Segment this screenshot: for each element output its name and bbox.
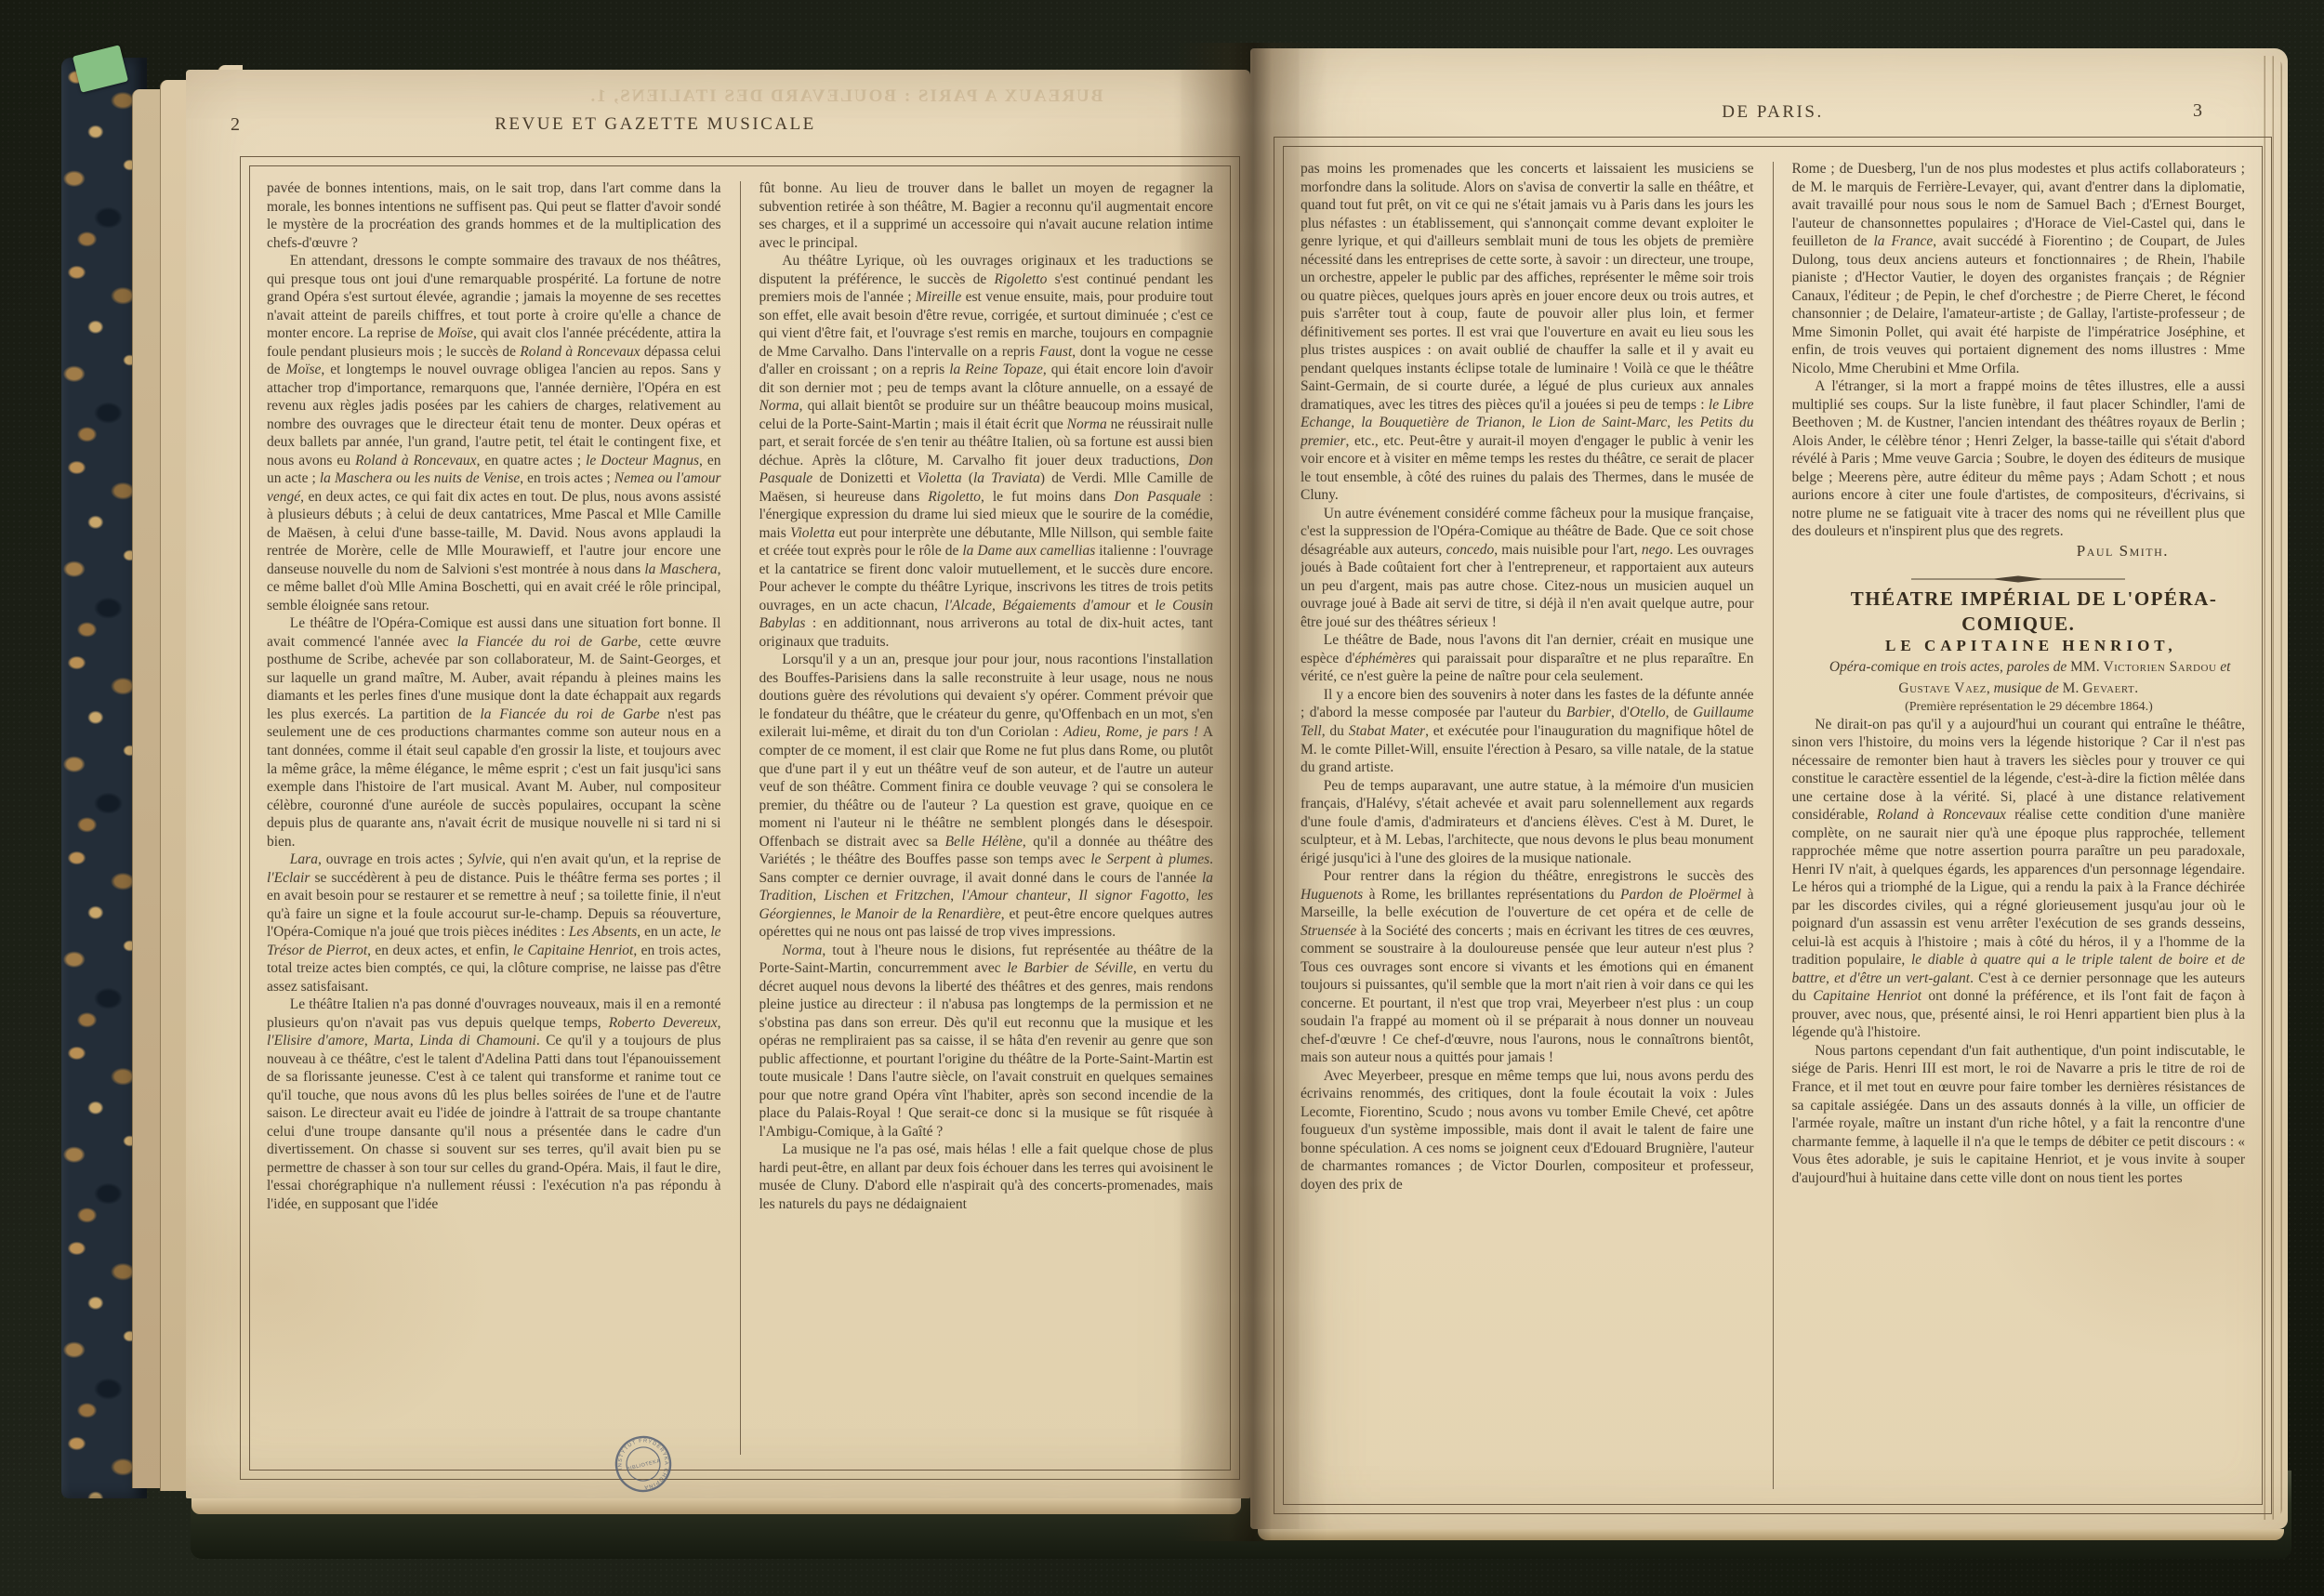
ink-bleedthrough-text: BUREAUX A PARIS : BOULEVARD DES ITALIENS… [493,86,1199,107]
divider-ornament [1911,575,2125,583]
column-2: fût bonne. Au lieu de trouver dans le ba… [759,179,1214,1460]
journal-scan: BUREAUX A PARIS : BOULEVARD DES ITALIENS… [0,0,2324,1596]
paragraph: Au théâtre Lyrique, où les ouvrages orig… [759,252,1214,651]
paragraph: pas moins les promenades que les concert… [1301,160,1754,505]
text-frame-left: pavée de bonnes intentions, mais, on le … [240,156,1240,1480]
paragraph: fût bonne. Au lieu de trouver dans le ba… [759,179,1214,252]
page-left: BUREAUX A PARIS : BOULEVARD DES ITALIENS… [186,70,1250,1498]
paragraph: Le théâtre de l'Opéra-Comique est aussi … [267,614,721,851]
paragraph: Peu de temps auparavant, une autre statu… [1301,777,1754,868]
column-1: pavée de bonnes intentions, mais, on le … [267,179,721,1460]
column-rule [740,181,741,1455]
article-credits: Opéra-comique en trois actes, paroles de… [1792,656,2246,700]
column-4: Rome ; de Duesberg, l'un de nos plus mod… [1792,160,2246,1495]
paragraph: Un autre événement considéré comme fâche… [1301,505,1754,632]
article-title: LE CAPITAINE HENRIOT, [1792,636,2246,655]
paragraph: Nous partons cependant d'un fait authent… [1792,1042,2246,1187]
paragraph: Pour rentrer dans la région du théâtre, … [1301,867,1754,1067]
running-head-right: DE PARIS. [1274,102,2272,123]
paragraph: La musique ne l'a pas osé, mais hélas ! … [759,1141,1214,1213]
author-signature: Paul Smith. [1792,541,2246,561]
column-3: pas moins les promenades que les concert… [1301,160,1754,1495]
running-head-left: REVUE ET GAZETTE MUSICALE [186,114,1125,135]
paragraph: Avec Meyerbeer, presque en même temps qu… [1301,1067,1754,1194]
paragraph: Le théâtre Italien n'a pas donné d'ouvra… [267,996,721,1213]
stamp-inner-text: BIBLIOTEKA [626,1458,661,1472]
paragraph: Ne dirait-on pas qu'il y a aujourd'hui u… [1792,716,2246,1042]
column-rule [1773,162,1774,1489]
paragraph: Norma, tout à l'heure nous le disions, f… [759,942,1214,1141]
article-body: Ne dirait-on pas qu'il y a aujourd'hui u… [1792,716,2246,1187]
paragraph: En attendant, dressons le compte sommair… [267,252,721,614]
article-premiere-note: (Première représentation le 29 décembre … [1792,699,2246,716]
page-right: 3 DE PARIS. pas moins les promenades que… [1250,48,2288,1529]
necrology-continuation: Rome ; de Duesberg, l'un de nos plus mod… [1792,160,2246,541]
paragraph: Rome ; de Duesberg, l'un de nos plus mod… [1792,160,2246,377]
text-frame-right-inner: pas moins les promenades que les concert… [1283,146,2263,1505]
article-section-heading: THÉATRE IMPÉRIAL DE L'OPÉRA-COMIQUE. [1792,587,2246,636]
paragraph: Lorsqu'il y a un an, presque jour pour j… [759,651,1214,941]
paragraph: pavée de bonnes intentions, mais, on le … [267,179,721,252]
paragraph: Le théâtre de Bade, nous l'avons dit l'a… [1301,631,1754,686]
paragraph: Lara, ouvrage en trois actes ; Sylvie, q… [267,851,721,996]
paragraph: A l'étranger, si la mort a frappé moins … [1792,377,2246,541]
text-frame-left-inner: pavée de bonnes intentions, mais, on le … [249,165,1231,1471]
text-frame-right: pas moins les promenades que les concert… [1274,137,2272,1514]
paragraph: Il y a encore bien des souvenirs à noter… [1301,686,1754,777]
